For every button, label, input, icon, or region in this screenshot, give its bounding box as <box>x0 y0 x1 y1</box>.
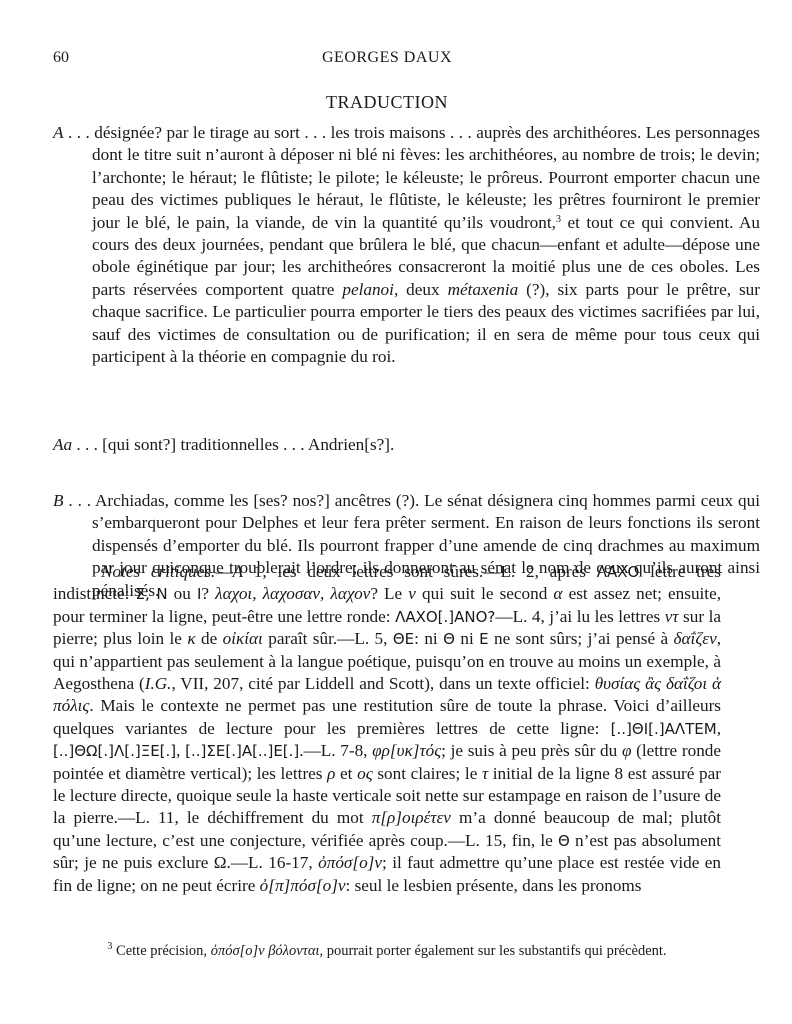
notes-segment-plain: et <box>335 764 357 783</box>
notes-segment-plain: — <box>215 562 232 581</box>
notes-segment-epi: ΛΑΧΟ[.]ΑΝΟ? <box>395 608 495 626</box>
notes-segment-plain: : seul le lesbien présente, dans les pro… <box>346 876 642 895</box>
notes-segment-greek: ὀπόσ[ο]ν <box>318 853 382 872</box>
notes-segment-epi: ΛΑΧΟ <box>597 563 640 581</box>
translation-a-text-3: , deux <box>394 280 448 299</box>
notes-critiques-body: —A 1, les deux lettres sont sûres.—L. 2,… <box>53 562 721 895</box>
notes-segment-plain: ou <box>168 584 197 603</box>
footnote-greek: ὀπόσ[ο]ν βόλονται <box>211 943 320 959</box>
siglum-aa: Aa <box>53 435 72 454</box>
notes-segment-greek: δαΐζεν <box>674 629 717 648</box>
term-metaxenia: métaxenia <box>448 280 519 299</box>
notes-segment-plain: qui suit le second <box>416 584 553 603</box>
notes-segment-greek: ος <box>357 764 373 783</box>
notes-segment-plain: ? <box>201 584 215 603</box>
notes-segment-plain: sont claires; le <box>373 764 482 783</box>
translation-paragraph-a: A . . . désignée? par le tirage au sort … <box>53 122 760 368</box>
running-head-author: GEORGES DAUX <box>53 49 721 67</box>
notes-segment-epi: [..]ΣΕ[.]Α[..]Ε[.] <box>185 742 299 760</box>
notes-segment-epi: Σ, Ν <box>136 585 168 603</box>
siglum-b: B <box>53 491 64 510</box>
notes-segment-epi: [..]ΘΙ[.]ΑΛΤΕΜ <box>611 720 717 738</box>
notes-segment-plain: ne sont sûrs; j’ai pensé à <box>489 629 674 648</box>
notes-segment-plain: ni <box>455 629 479 648</box>
notes-segment-greek: ὀ[π]πόσ[ο]ν <box>260 876 346 895</box>
translation-paragraph-aa: Aa . . . [qui sont?] traditionnelles . .… <box>53 434 760 456</box>
notes-segment-plain: .—L. 7-8, <box>299 741 372 760</box>
notes-segment-greek: π[ρ]οιρέτεν <box>372 808 451 827</box>
notes-segment-greek: φρ[υκ]τός <box>372 741 441 760</box>
notes-segment-plain: de <box>196 629 223 648</box>
notes-segment-epi: Θ <box>443 630 455 648</box>
footnote: 3 Cette précision, ὀπόσ[ο]ν βόλονται, po… <box>53 943 721 960</box>
footnote-text-1: Cette précision, <box>112 943 210 959</box>
notes-segment-plain: ; je suis à peu près sûr du <box>441 741 622 760</box>
notes-segment-greek: ν <box>408 584 416 603</box>
notes-segment-plain: , VII, 207, cité par Liddell and Scott),… <box>171 674 594 693</box>
notes-segment-plain: , <box>176 741 185 760</box>
notes-segment-epi: Ε <box>479 630 488 648</box>
notes-segment-epi: Θ <box>558 832 570 850</box>
section-title: TRADUCTION <box>53 92 721 113</box>
notes-segment-plain: ? Le <box>370 584 408 603</box>
notes-segment-plain: : ni <box>414 629 443 648</box>
notes-segment-greek: ντ <box>665 607 679 626</box>
notes-segment-greek: λαχοι, λαχοσαν, λαχον <box>215 584 370 603</box>
notes-segment-epi: [..]ΘΩ[.]Λ[.]ΞΕ[.] <box>53 742 176 760</box>
notes-segment-plain: —L. 4, j’ai lu les lettres <box>495 607 664 626</box>
notes-segment-greek: οἰκίαι <box>223 629 263 648</box>
notes-critiques-label: Notes critiques. <box>101 562 215 581</box>
notes-segment-italic: A <box>233 562 244 581</box>
notes-segment-italic: I.G. <box>145 674 172 693</box>
siglum-a: A <box>53 123 64 142</box>
notes-segment-plain: , <box>717 719 721 738</box>
footnote-text-2: , pourrait porter également sur les subs… <box>319 943 666 959</box>
notes-segment-plain: 1, les deux lettres sont sûres.—L. 2, ap… <box>243 562 597 581</box>
notes-critiques-paragraph: Notes critiques.—A 1, les deux lettres s… <box>53 561 721 897</box>
term-pelanoi: pelanoi <box>342 280 394 299</box>
notes-segment-plain: paraît sûr.—L. 5, <box>263 629 393 648</box>
notes-segment-epi: ΘΕ <box>393 630 414 648</box>
running-head: 60 GEORGES DAUX <box>53 49 721 71</box>
translation-aa-text: . . . [qui sont?] traditionnelles . . . … <box>76 435 394 454</box>
notes-segment-greek: κ <box>187 629 195 648</box>
